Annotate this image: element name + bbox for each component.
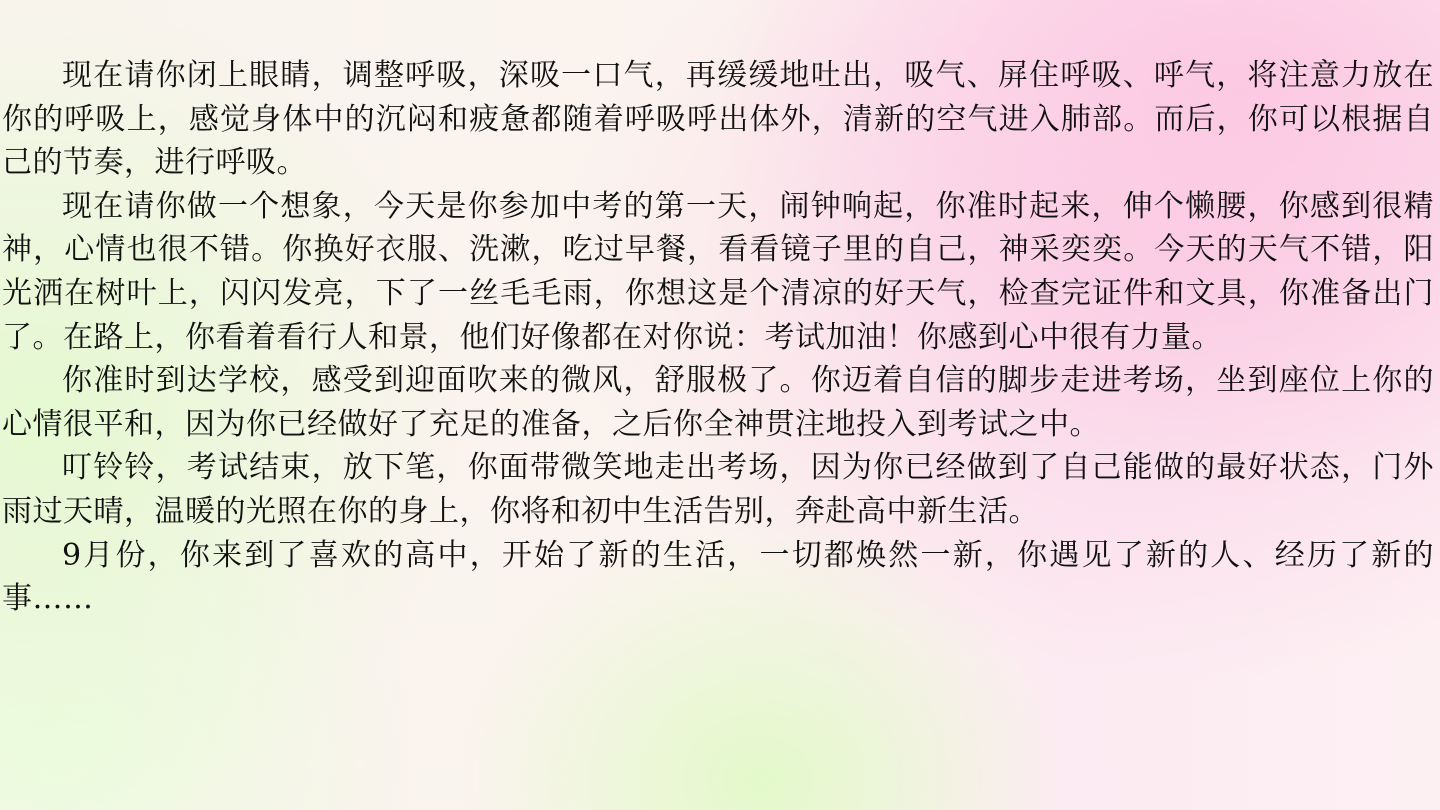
slide-text-body: 现在请你闭上眼睛，调整呼吸，深吸一口气，再缓缓地吐出，吸气、屏住呼吸、呼气，将注… [2, 54, 1434, 621]
paragraph-high-school: 9月份，你来到了喜欢的高中，开始了新的生活，一切都焕然一新，你遇见了新的人、经历… [2, 534, 1434, 621]
paragraph-breathing: 现在请你闭上眼睛，调整呼吸，深吸一口气，再缓缓地吐出，吸气、屏住呼吸、呼气，将注… [2, 54, 1434, 185]
paragraph-exam-end: 叮铃铃，考试结束，放下笔，你面带微笑地走出考场，因为你已经做到了自己能做的最好状… [2, 446, 1434, 533]
paragraph-exam-morning: 现在请你做一个想象，今天是你参加中考的第一天，闹钟响起，你准时起来，伸个懒腰，你… [2, 185, 1434, 359]
paragraph-arrive-school: 你准时到达学校，感受到迎面吹来的微风，舒服极了。你迈着自信的脚步走进考场，坐到座… [2, 359, 1434, 446]
